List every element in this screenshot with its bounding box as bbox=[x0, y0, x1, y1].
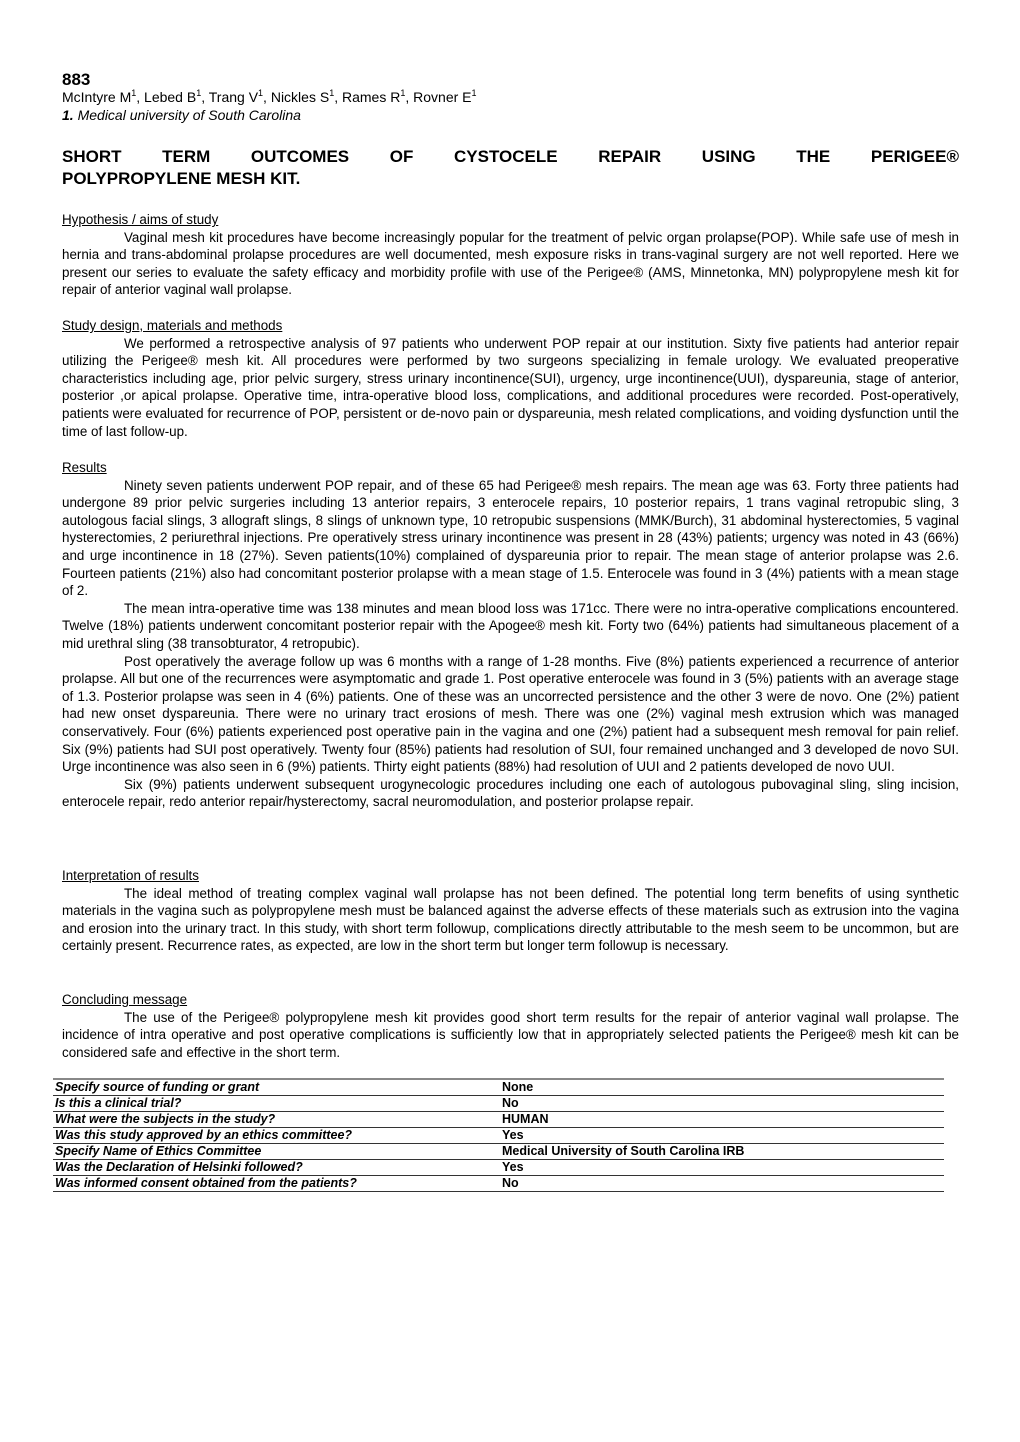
table-row: Was informed consent obtained from the p… bbox=[53, 1176, 944, 1192]
declaration-answer: Yes bbox=[500, 1128, 944, 1144]
declaration-question: Was the Declaration of Helsinki followed… bbox=[53, 1160, 500, 1176]
declaration-answer: HUMAN bbox=[500, 1112, 944, 1128]
table-row: Specify source of funding or grantNone bbox=[53, 1079, 944, 1096]
section-paragraph: We performed a retrospective analysis of… bbox=[62, 335, 959, 441]
declaration-question: Specify Name of Ethics Committee bbox=[53, 1144, 500, 1160]
section-heading: Results bbox=[62, 459, 959, 477]
section-conclusion: Concluding message The use of the Perige… bbox=[62, 991, 959, 1061]
section-heading: Study design, materials and methods bbox=[62, 317, 959, 335]
declaration-answer: No bbox=[500, 1176, 944, 1192]
declaration-answer: No bbox=[500, 1096, 944, 1112]
section-results: Results Ninety seven patients underwent … bbox=[62, 459, 959, 811]
section-heading: Hypothesis / aims of study bbox=[62, 211, 959, 229]
declaration-answer: Yes bbox=[500, 1160, 944, 1176]
section-paragraph: Six (9%) patients underwent subsequent u… bbox=[62, 776, 959, 811]
abstract-number: 883 bbox=[62, 70, 90, 90]
declaration-question: Specify source of funding or grant bbox=[53, 1079, 500, 1096]
table-row: Was this study approved by an ethics com… bbox=[53, 1128, 944, 1144]
section-methods: Study design, materials and methods We p… bbox=[62, 317, 959, 440]
section-paragraph: The use of the Perigee® polypropylene me… bbox=[62, 1009, 959, 1062]
author: Trang V1 bbox=[209, 89, 263, 105]
table-row: Is this a clinical trial?No bbox=[53, 1096, 944, 1112]
table-row: What were the subjects in the study?HUMA… bbox=[53, 1112, 944, 1128]
declaration-answer: None bbox=[500, 1079, 944, 1096]
declaration-question: What were the subjects in the study? bbox=[53, 1112, 500, 1128]
section-paragraph: The ideal method of treating complex vag… bbox=[62, 885, 959, 955]
section-paragraph: Post operatively the average follow up w… bbox=[62, 653, 959, 776]
author: Lebed B1 bbox=[144, 89, 201, 105]
declarations-table: Specify source of funding or grantNone I… bbox=[53, 1078, 944, 1192]
section-heading: Concluding message bbox=[62, 991, 959, 1009]
section-hypothesis: Hypothesis / aims of study Vaginal mesh … bbox=[62, 211, 959, 299]
section-interpretation: Interpretation of results The ideal meth… bbox=[62, 867, 959, 955]
section-paragraph: Ninety seven patients underwent POP repa… bbox=[62, 477, 959, 600]
author: Rames R1 bbox=[342, 89, 405, 105]
declaration-question: Was this study approved by an ethics com… bbox=[53, 1128, 500, 1144]
declaration-answer: Medical University of South Carolina IRB bbox=[500, 1144, 944, 1160]
table-row: Was the Declaration of Helsinki followed… bbox=[53, 1160, 944, 1176]
author: Rovner E1 bbox=[413, 89, 476, 105]
section-paragraph: Vaginal mesh kit procedures have become … bbox=[62, 229, 959, 299]
author: Nickles S1 bbox=[271, 89, 334, 105]
section-paragraph: The mean intra-operative time was 138 mi… bbox=[62, 600, 959, 653]
author: McIntyre M1 bbox=[62, 89, 136, 105]
section-heading: Interpretation of results bbox=[62, 867, 959, 885]
table-row: Specify Name of Ethics CommitteeMedical … bbox=[53, 1144, 944, 1160]
declaration-question: Is this a clinical trial? bbox=[53, 1096, 500, 1112]
abstract-title: SHORT TERM OUTCOMES OF CYSTOCELE REPAIR … bbox=[62, 146, 959, 190]
title-line-2: POLYPROPYLENE MESH KIT. bbox=[62, 168, 959, 190]
declaration-question: Was informed consent obtained from the p… bbox=[53, 1176, 500, 1192]
title-line-1: SHORT TERM OUTCOMES OF CYSTOCELE REPAIR … bbox=[62, 146, 959, 168]
affiliation: 1. Medical university of South Carolina bbox=[62, 107, 301, 123]
author-list: McIntyre M1, Lebed B1, Trang V1, Nickles… bbox=[62, 89, 477, 105]
